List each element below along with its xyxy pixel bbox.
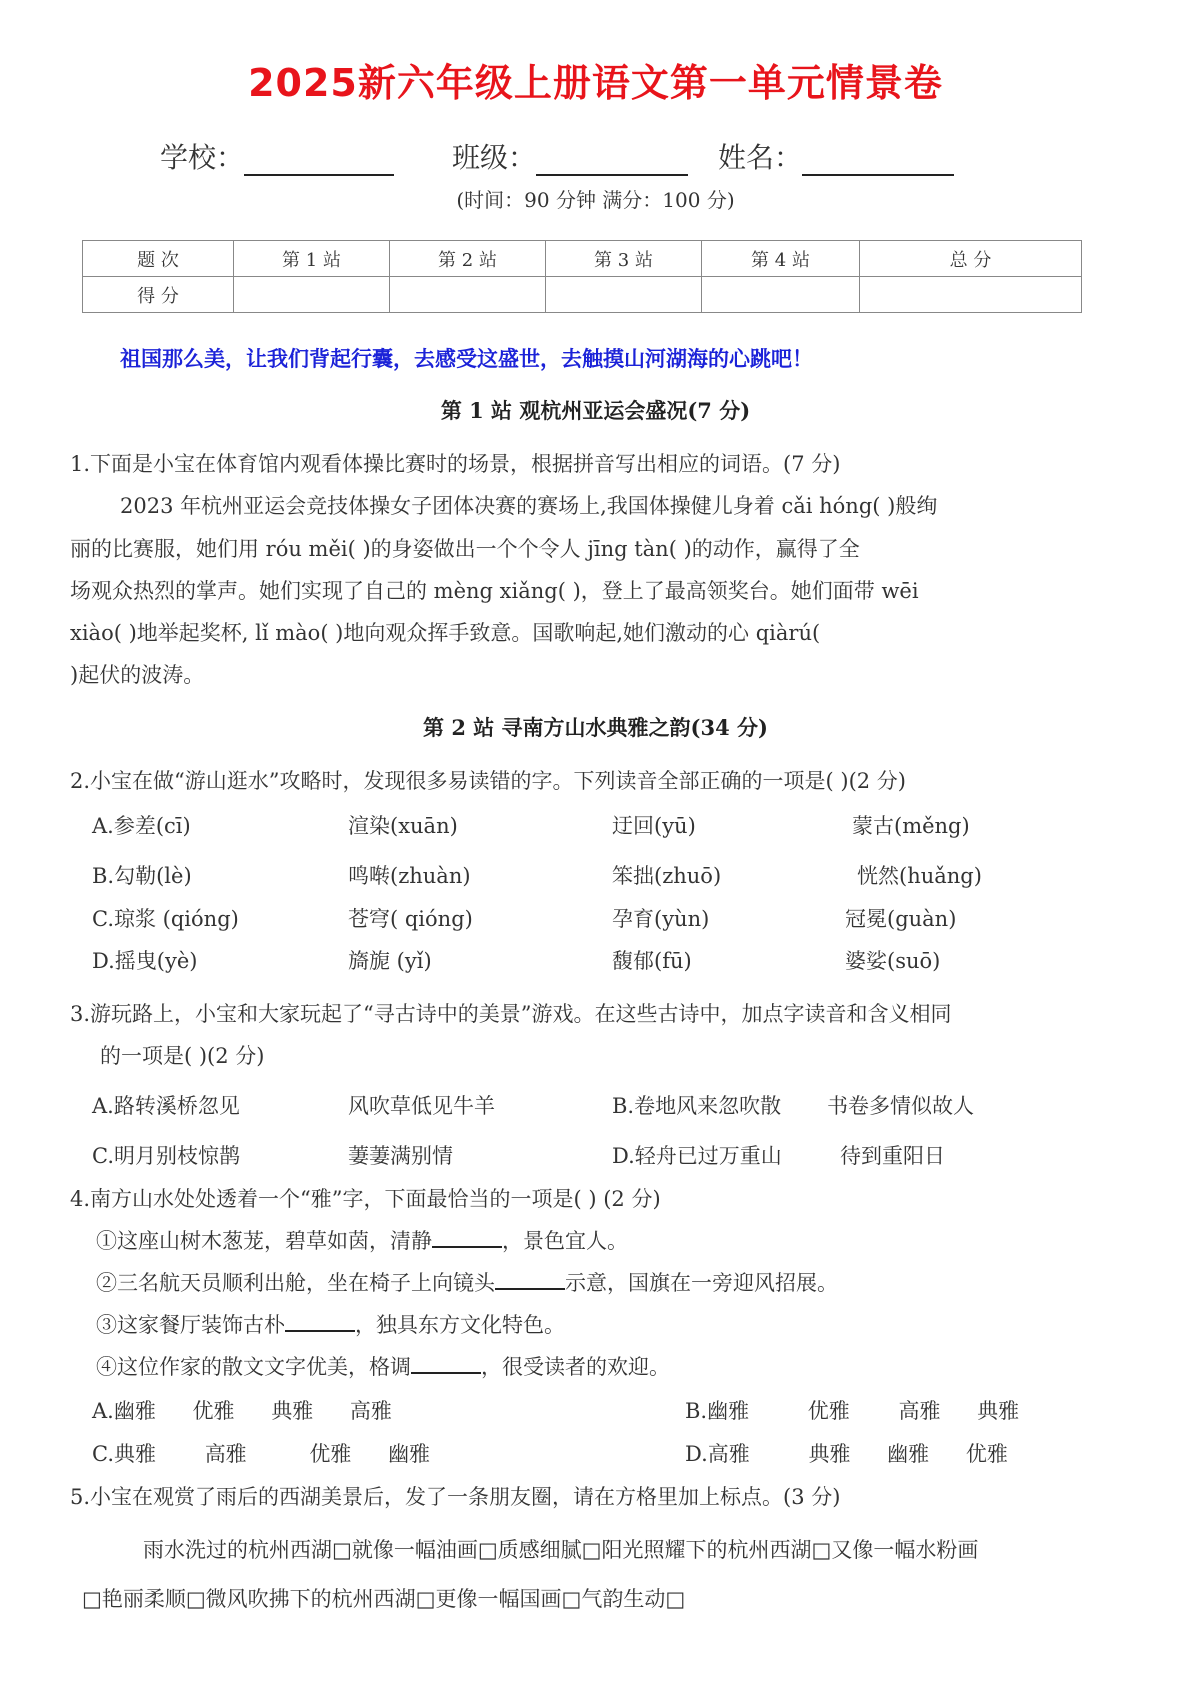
score-cell[interactable]: [390, 277, 546, 313]
q4-option-b-word: B.幽雅: [685, 1399, 749, 1423]
q3-option-d-line2: 待到重阳日: [840, 1140, 945, 1170]
name-field: 姓名：: [718, 136, 954, 176]
class-label: 班级：: [452, 141, 536, 174]
score-table-header-row: 题 次 第 1 站 第 2 站 第 3 站 第 4 站 总 分: [83, 241, 1082, 277]
name-blank[interactable]: [802, 146, 954, 176]
q2-stem: 2.小宝在做“游山逛水”攻略时，发现很多易读错的字。下列读音全部正确的一项是( …: [70, 765, 906, 795]
q1-passage-line: 丽的比赛服，她们用 róu měi( )的身姿做出一个个令人 jīng tàn(…: [70, 533, 860, 563]
q4-option-c[interactable]: C.典雅 高雅 优雅 幽雅: [92, 1438, 430, 1468]
q4-option-d[interactable]: D.高雅 典雅 幽雅 优雅: [685, 1438, 1008, 1468]
q4-option-d-word: 典雅: [808, 1442, 850, 1466]
q2-option-a[interactable]: A.参差(cī): [92, 810, 191, 840]
q4-sentence-4: ④这位作家的散文文字优美，格调，很受读者的欢迎。: [96, 1351, 670, 1381]
q2-option-a-word: 迂回(yū): [612, 810, 696, 840]
section-2-title: 第 2 站 寻南方山水典雅之韵(34 分): [0, 712, 1191, 742]
q1-passage-line: )起伏的波涛。: [70, 659, 204, 689]
class-field: 班级：: [452, 136, 688, 176]
q2-option-d[interactable]: D.摇曳(yè): [92, 945, 197, 975]
q5-stem: 5.小宝在观赏了雨后的西湖美景后，发了一条朋友圈，请在方格里加上标点。(3 分): [70, 1481, 840, 1511]
q4-option-c-word: 高雅: [205, 1442, 247, 1466]
name-label: 姓名：: [718, 141, 802, 174]
class-blank[interactable]: [536, 146, 688, 176]
q4-blank-1[interactable]: [432, 1226, 502, 1248]
q3-option-a-line2: 风吹草低见牛羊: [348, 1090, 495, 1120]
q3-option-d[interactable]: D.轻舟已过万重山: [612, 1140, 782, 1170]
q4-option-b[interactable]: B.幽雅 优雅 高雅 典雅: [685, 1395, 1019, 1425]
q4-option-d-word: 优雅: [966, 1442, 1008, 1466]
q3-option-c[interactable]: C.明月别枝惊鹊: [92, 1140, 240, 1170]
q3-option-b[interactable]: B.卷地风来忽吹散: [612, 1090, 781, 1120]
q2-option-b-word: 鸣啭(zhuàn): [348, 860, 471, 890]
q4-blank-3[interactable]: [285, 1310, 355, 1332]
time-score-info: (时间：90 分钟 满分：100 分): [0, 184, 1191, 213]
score-cell[interactable]: [702, 277, 860, 313]
q2-option-c-word: 苍穹( qióng): [348, 903, 473, 933]
q3-option-a[interactable]: A.路转溪桥忽见: [92, 1090, 240, 1120]
q4-option-d-word: 幽雅: [887, 1442, 929, 1466]
q4-sentence-4-before: ④这位作家的散文文字优美，格调: [96, 1355, 411, 1379]
q4-sentence-2: ②三名航天员顺利出舱，坐在椅子上向镜头示意，国旗在一旁迎风招展。: [96, 1267, 838, 1297]
header-cell: 第 3 站: [546, 241, 702, 277]
q1-passage-line: xiào( )地举起奖杯, lǐ mào( )地向观众挥手致意。国歌响起,她们激…: [70, 617, 820, 647]
header-cell: 第 1 站: [234, 241, 390, 277]
q4-sentence-3-after: ，独具东方文化特色。: [355, 1313, 565, 1337]
q4-option-b-word: 优雅: [808, 1399, 850, 1423]
q4-sentence-1-after: ，景色宜人。: [502, 1229, 628, 1253]
q1-passage-line: 场观众热烈的掌声。她们实现了自己的 mèng xiǎng( )，登上了最高领奖台…: [70, 575, 919, 605]
school-field: 学校：: [160, 136, 394, 176]
q3-stem-cont: 的一项是( )(2 分): [100, 1040, 264, 1070]
slogan: 祖国那么美，让我们背起行囊，去感受这盛世，去触摸山河湖海的心跳吧！: [120, 343, 813, 373]
q2-option-b-word: 笨拙(zhuō): [612, 860, 721, 890]
q4-option-a-word: A.幽雅: [92, 1399, 156, 1423]
q4-sentence-2-after: 示意，国旗在一旁迎风招展。: [565, 1271, 838, 1295]
header-cell: 第 2 站: [390, 241, 546, 277]
q5-passage-line-2[interactable]: □艳丽柔顺□微风吹拂下的杭州西湖□更像一幅国画□气韵生动□: [82, 1583, 685, 1613]
page-title: 2025新六年级上册语文第一单元情景卷: [0, 52, 1191, 107]
header-cell: 题 次: [83, 241, 234, 277]
q4-stem: 4.南方山水处处透着一个“雅”字，下面最恰当的一项是( ) (2 分): [70, 1183, 661, 1213]
q4-option-d-word: D.高雅: [685, 1442, 750, 1466]
q2-option-d-word: 旖旎 (yǐ): [348, 945, 432, 975]
header-cell: 第 4 站: [702, 241, 860, 277]
q1-passage-line: 2023 年杭州亚运会竞技体操女子团体决赛的赛场上,我国体操健儿身着 cǎi h…: [120, 490, 937, 520]
q2-option-a-word: 渲染(xuān): [348, 810, 458, 840]
score-cell[interactable]: [234, 277, 390, 313]
q2-option-a-word: 蒙古(měng): [852, 810, 970, 840]
q4-blank-4[interactable]: [411, 1352, 481, 1374]
q2-option-d-word: 婆娑(suō): [845, 945, 940, 975]
q5-passage-line-1[interactable]: 雨水洗过的杭州西湖□就像一幅油画□质感细腻□阳光照耀下的杭州西湖□又像一幅水粉画: [143, 1534, 978, 1564]
score-table-score-row: 得 分: [83, 277, 1082, 313]
q4-sentence-3-before: ③这家餐厅装饰古朴: [96, 1313, 285, 1337]
score-cell[interactable]: [860, 277, 1082, 313]
q3-option-c-line2: 萋萋满别情: [348, 1140, 453, 1170]
q4-option-a-word: 典雅: [271, 1399, 313, 1423]
q4-sentence-2-before: ②三名航天员顺利出舱，坐在椅子上向镜头: [96, 1271, 495, 1295]
q4-option-c-word: 幽雅: [388, 1442, 430, 1466]
q4-sentence-3: ③这家餐厅装饰古朴，独具东方文化特色。: [96, 1309, 565, 1339]
school-blank[interactable]: [244, 146, 394, 176]
q4-option-b-word: 高雅: [898, 1399, 940, 1423]
q4-option-a[interactable]: A.幽雅 优雅 典雅 高雅: [92, 1395, 392, 1425]
q3-option-b-line2: 书卷多情似故人: [827, 1090, 974, 1120]
q2-option-c-word: 冠冕(guàn): [845, 903, 956, 933]
q4-option-a-word: 高雅: [350, 1399, 392, 1423]
header-cell: 总 分: [860, 241, 1082, 277]
q1-stem: 1.下面是小宝在体育馆内观看体操比赛时的场景，根据拼音写出相应的词语。(7 分): [70, 448, 840, 478]
score-cell[interactable]: [546, 277, 702, 313]
q4-sentence-4-after: ，很受读者的欢迎。: [481, 1355, 670, 1379]
score-table: 题 次 第 1 站 第 2 站 第 3 站 第 4 站 总 分 得 分: [82, 240, 1082, 313]
q4-sentence-1-before: ①这座山树木葱茏，碧草如茵，清静: [96, 1229, 432, 1253]
q4-blank-2[interactable]: [495, 1268, 565, 1290]
q4-option-b-word: 典雅: [977, 1399, 1019, 1423]
q2-option-b[interactable]: B.勾勒(lè): [92, 860, 192, 890]
score-row-label: 得 分: [83, 277, 234, 313]
q4-option-c-word: C.典雅: [92, 1442, 156, 1466]
section-1-title: 第 1 站 观杭州亚运会盛况(7 分): [0, 395, 1191, 425]
q3-stem: 3.游玩路上，小宝和大家玩起了“寻古诗中的美景”游戏。在这些古诗中，加点字读音和…: [70, 998, 952, 1028]
q2-option-d-word: 馥郁(fū): [612, 945, 692, 975]
q2-option-c[interactable]: C.琼浆 (qióng): [92, 903, 239, 933]
school-label: 学校：: [160, 141, 244, 174]
q4-sentence-1: ①这座山树木葱茏，碧草如茵，清静，景色宜人。: [96, 1225, 628, 1255]
q2-option-c-word: 孕育(yùn): [612, 903, 709, 933]
q2-option-b-word: 恍然(huǎng): [857, 860, 982, 890]
q4-option-a-word: 优雅: [193, 1399, 235, 1423]
q4-option-c-word: 优雅: [309, 1442, 351, 1466]
